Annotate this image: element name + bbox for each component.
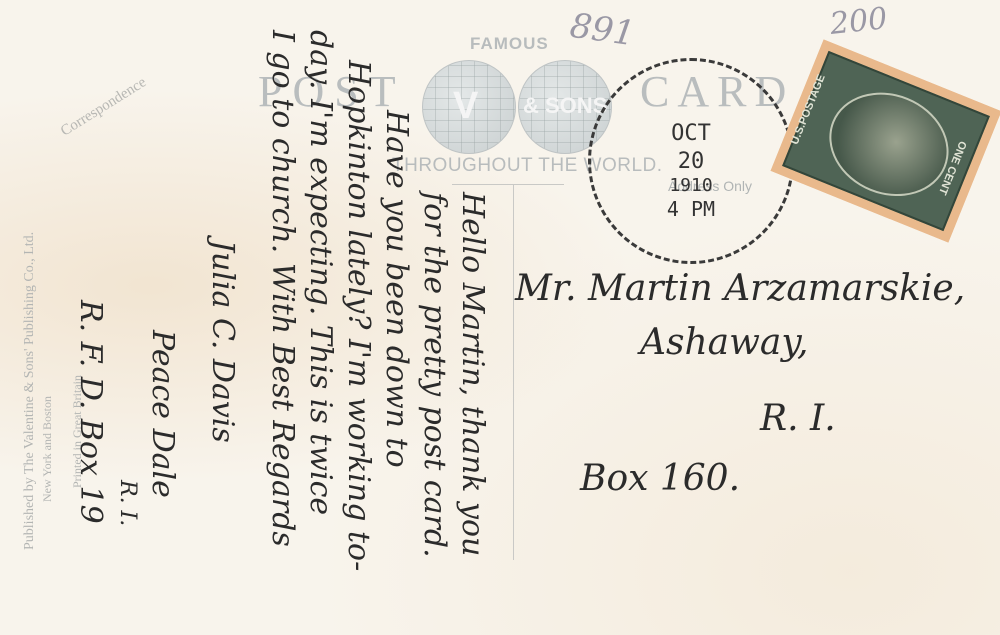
postcard-back: POST CARD FAMOUS V & SONS THROUGHOUT THE… [0,0,1000,635]
header-famous: FAMOUS [470,34,549,54]
message-place: Peace Dale [145,330,180,498]
message-line: for the pretty post card. [417,192,452,558]
address-box: Box 160. [580,458,740,499]
publisher-line: Published by The Valentine & Sons' Publi… [22,232,38,550]
address-name: Mr. Martin Arzamarskie, [515,268,965,309]
postage-stamp: U.S.POSTAGE ONE CENT [770,39,1000,243]
message-line: Hopkinton lately? I'm working to- [341,60,376,571]
divider-top [452,184,564,185]
postmark: OCT 20 1910 4 PM [588,58,794,264]
pencil-note-891: 891 [568,6,638,55]
message-line: Have you been down to [379,110,414,468]
message-signature: Julia C. Davis [205,240,240,443]
globe-left-icon: V [422,60,516,154]
publisher-cities: New York and Boston [40,396,55,502]
address-town: Ashaway, [640,322,808,363]
address-state: R. I. [760,398,836,439]
message-line: day. I'm expecting. This is twice [303,30,338,515]
correspondence-label: Correspondence [58,74,150,140]
message-line: I go to church. With Best Regards [265,30,300,547]
message-state: R. I. [115,480,140,526]
message-rfd: R. F. D. Box 19 [73,300,108,524]
message-line: Hello Martin, thank you [455,192,490,556]
pencil-note-200: 200 [828,1,889,42]
divider-center [513,185,514,560]
